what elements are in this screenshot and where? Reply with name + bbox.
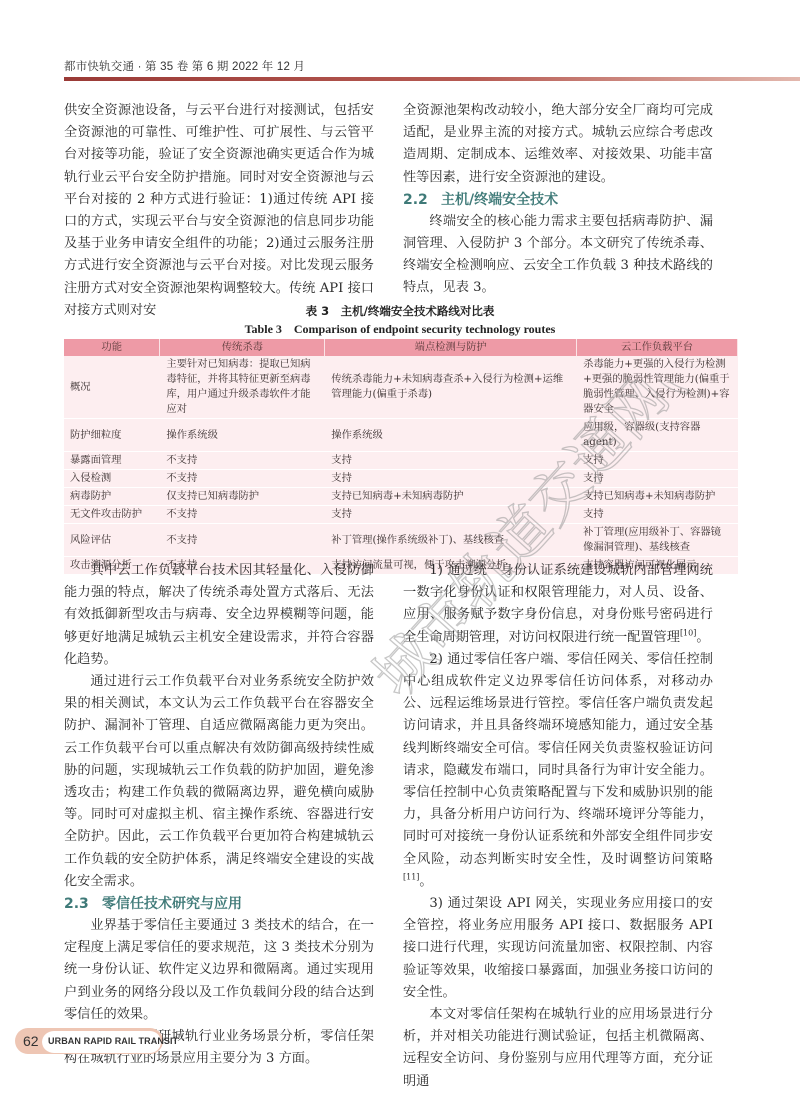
column-header: 云工作负载平台 (577, 339, 738, 356)
table-cell: 概况 (64, 356, 160, 419)
journal-name: URBAN RAPID RAIL TRANSIT (48, 1036, 178, 1046)
table-cell: 不支持 (160, 524, 325, 557)
table-row: 无文件攻击防护 不支持 支持 支持 (64, 506, 738, 524)
table-cell: 支持 (577, 506, 738, 524)
table-cell: 支持已知病毒+未知病毒防护 (325, 488, 577, 506)
table-cell: 支持已知病毒+未知病毒防护 (577, 488, 738, 506)
paragraph: 终端安全的核心能力需求主要包括病毒防护、漏洞管理、入侵防护 3 个部分。本文研究… (403, 211, 713, 300)
table-cell: 风险评估 (64, 524, 160, 557)
table-caption-en: Table 3 Comparison of endpoint security … (0, 320, 800, 337)
table-cell: 补丁管理(应用级补丁、容器镜像漏洞管理)、基线核查 (577, 524, 738, 557)
column-header: 端点检测与防护 (325, 339, 577, 356)
table-cell: 无文件攻击防护 (64, 506, 160, 524)
section-number: 2.3 (64, 893, 102, 915)
table-cell: 病毒防护 (64, 488, 160, 506)
comparison-table: 功能 传统杀毒 端点检测与防护 云工作负载平台 概况 主要针对已知病毒：提取已知… (64, 339, 738, 575)
section-heading-2-2: 2.2主机/终端安全技术 (403, 189, 713, 211)
table-cell: 不支持 (160, 506, 325, 524)
citation-10[interactable]: [10] (680, 628, 696, 637)
table-cell: 支持 (325, 452, 577, 470)
table-cell: 暴露面管理 (64, 452, 160, 470)
table-cell: 杀毒能力+更强的入侵行为检测+更强的脆弱性管理能力(偏重于脆弱性管理、入侵行为检… (577, 356, 738, 419)
table-caption-cn: 表 3 主机/终端安全技术路线对比表 (0, 303, 800, 319)
item-text: 1) 通过统一身份认证系统建设城轨内部管理网统一数字化身份认证和权限管理能力，对… (403, 563, 713, 645)
table-cell: 仅支持已知病毒防护 (160, 488, 325, 506)
list-item-1: 1) 通过统一身份认证系统建设城轨内部管理网统一数字化身份认证和权限管理能力，对… (403, 560, 713, 649)
left-column-top: 供安全资源池设备，与云平台进行对接测试，包括安全资源池的可靠性、可维护性、可扩展… (64, 100, 374, 322)
table-cell: 补丁管理(操作系统级补丁)、基线核查 (325, 524, 577, 557)
table-cell: 不支持 (160, 470, 325, 488)
page-number: 62 (23, 1033, 39, 1049)
section-title: 主机/终端安全技术 (441, 192, 558, 208)
item-end: 。 (419, 874, 432, 889)
list-item-3: 3) 通过架设 API 网关，实现业务应用接口的安全管控，将业务应用服务 API… (403, 893, 713, 1004)
paragraph: 其中云工作负载平台技术因其轻量化、入侵防御能力强的特点，解决了传统杀毒处置方式落… (64, 560, 374, 671)
section-number: 2.2 (403, 189, 441, 211)
column-header: 传统杀毒 (160, 339, 325, 356)
column-header: 功能 (64, 339, 160, 356)
table-row: 风险评估 不支持 补丁管理(操作系统级补丁)、基线核查 补丁管理(应用级补丁、容… (64, 524, 738, 557)
right-column-top: 全资源池架构改动较小，绝大部分安全厂商均可完成适配，是业界主流的对接方式。城轨云… (403, 100, 713, 300)
table-cell: 支持 (325, 506, 577, 524)
table-row: 暴露面管理 不支持 支持 支持 (64, 452, 738, 470)
running-head: 都市快轨交通 · 第 35 卷 第 6 期 2022 年 12 月 (64, 58, 305, 74)
table-cell: 应用级，容器级(支持容器 agent) (577, 419, 738, 452)
table-cell: 防护细粒度 (64, 419, 160, 452)
table-row: 概况 主要针对已知病毒：提取已知病毒特征，并将其特征更新至病毒库，用户通过升级杀… (64, 356, 738, 419)
header-rule (64, 77, 800, 81)
table-cell: 主要针对已知病毒：提取已知病毒特征，并将其特征更新至病毒库，用户通过升级杀毒软件… (160, 356, 325, 419)
table-row: 防护细粒度 操作系统级 操作系统级 应用级，容器级(支持容器 agent) (64, 419, 738, 452)
table-cell: 支持 (577, 470, 738, 488)
section-title: 零信任技术研究与应用 (102, 896, 242, 912)
table-row: 入侵检测 不支持 支持 支持 (64, 470, 738, 488)
paragraph: 业界基于零信任主要通过 3 类技术的结合，在一定程度上满足零信任的要求规范，这 … (64, 915, 374, 1026)
paragraph: 本文对零信任架构在城轨行业的应用场景进行分析，并对相关功能进行测试验证，包括主机… (403, 1004, 713, 1093)
section-heading-2-3: 2.3零信任技术研究与应用 (64, 893, 374, 915)
right-column-bottom: 1) 通过统一身份认证系统建设城轨内部管理网统一数字化身份认证和权限管理能力，对… (403, 560, 713, 1093)
table-cell: 支持 (325, 470, 577, 488)
table-cell: 传统杀毒能力+未知病毒查杀+入侵行为检测+运维管理能力(偏重于杀毒) (325, 356, 577, 419)
table-row: 病毒防护 仅支持已知病毒防护 支持已知病毒+未知病毒防护 支持已知病毒+未知病毒… (64, 488, 738, 506)
table-cell: 操作系统级 (160, 419, 325, 452)
paragraph: 全资源池架构改动较小，绝大部分安全厂商均可完成适配，是业界主流的对接方式。城轨云… (403, 100, 713, 189)
left-column-bottom: 其中云工作负载平台技术因其轻量化、入侵防御能力强的特点，解决了传统杀毒处置方式落… (64, 560, 374, 1070)
list-item-2: 2) 通过零信任客户端、零信任网关、零信任控制中心组成软件定义边界零信任访问体系… (403, 649, 713, 893)
item-text: 2) 通过零信任客户端、零信任网关、零信任控制中心组成软件定义边界零信任访问体系… (403, 652, 713, 867)
table-cell: 不支持 (160, 452, 325, 470)
table-cell: 入侵检测 (64, 470, 160, 488)
table-cell: 支持 (577, 452, 738, 470)
table-header-row: 功能 传统杀毒 端点检测与防护 云工作负载平台 (64, 339, 738, 356)
paragraph: 供安全资源池设备，与云平台进行对接测试，包括安全资源池的可靠性、可维护性、可扩展… (64, 100, 374, 322)
paragraph: 通过进行云工作负载平台对业务系统安全防护效果的相关测试，本文认为云工作负载平台在… (64, 671, 374, 893)
item-end: 。 (696, 630, 709, 645)
table-cell: 操作系统级 (325, 419, 577, 452)
citation-11[interactable]: [11] (403, 872, 419, 881)
